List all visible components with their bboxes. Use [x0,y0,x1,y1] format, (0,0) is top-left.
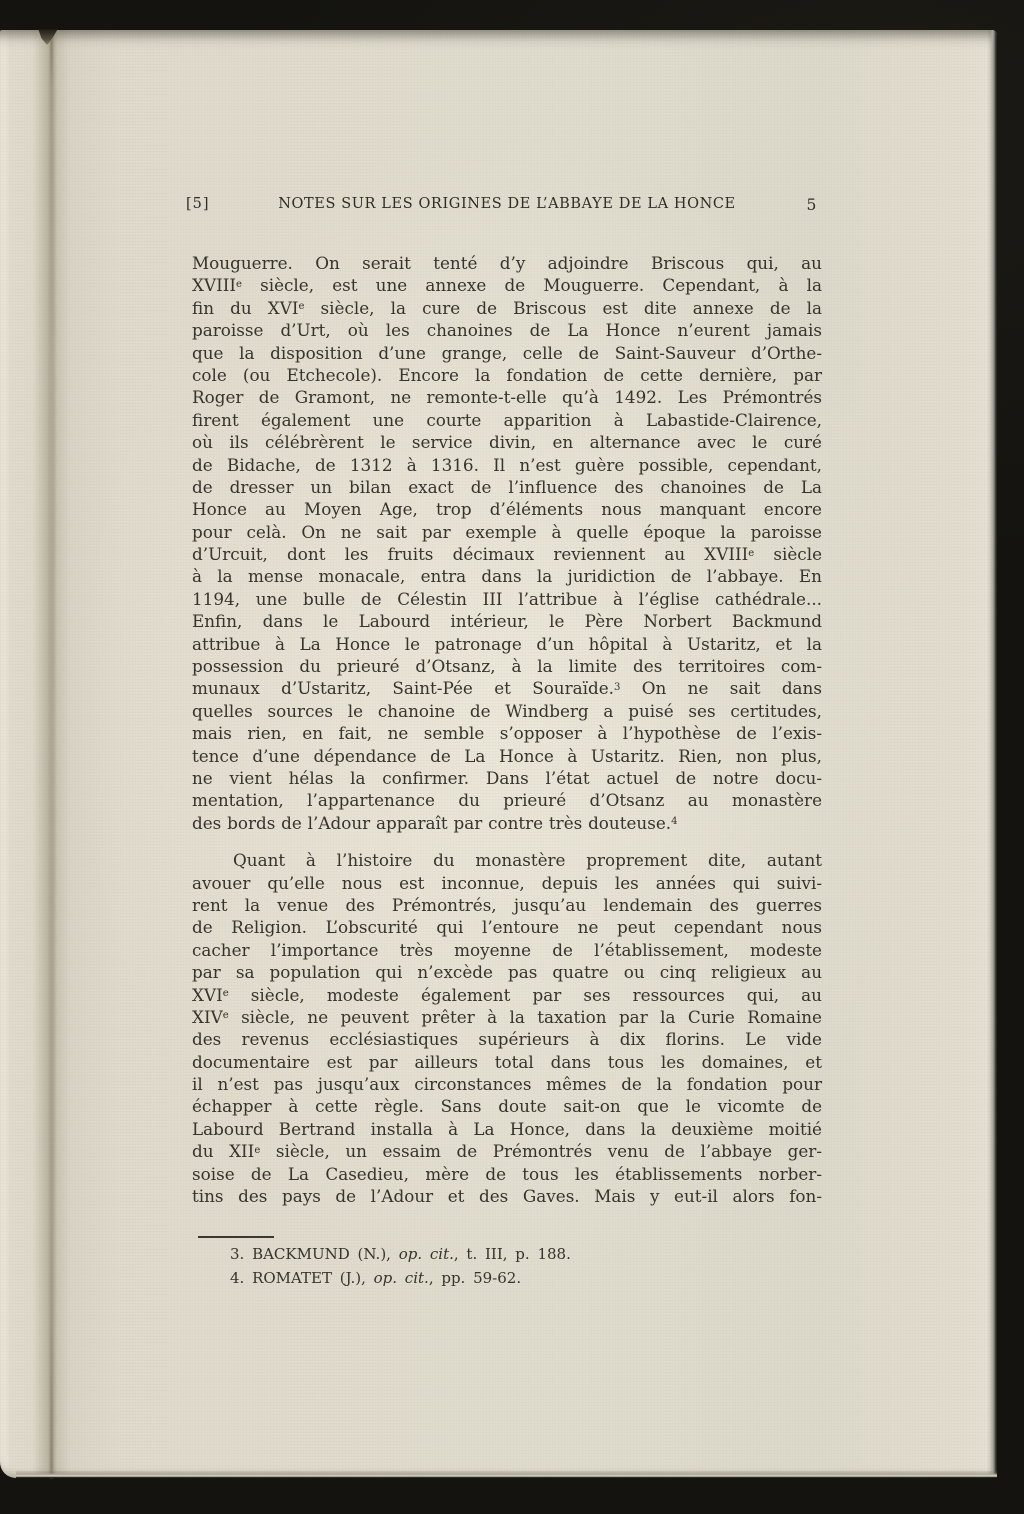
text-line: Roger de Gramont, ne remonte-t-elle qu’à… [192,386,822,408]
text-line: à la mense monacale, entra dans la jurid… [192,565,822,587]
header-title: NOTES SUR LES ORIGINES DE L’ABBAYE DE LA… [192,196,822,212]
text-line: par sa population qui n’excède pas quatr… [192,961,822,983]
text-line: XVIIIe siècle, est une annexe de Mouguer… [192,274,822,296]
text-line: documentaire est par ailleurs total dans… [192,1051,822,1073]
text-line: Mouguerre. On serait tenté d’y adjoindre… [192,252,822,274]
text-line: où ils célébrèrent le service divin, en … [192,431,822,453]
text-line: attribue à La Honce le patronage d’un hô… [192,633,822,655]
text-line: ne vient hélas la confirmer. Dans l’état… [192,767,822,789]
text-line: mais rien, en fait, ne semble s’opposer … [192,722,822,744]
body-text: Mouguerre. On serait tenté d’y adjoindre… [192,252,822,1207]
text-line: tence d’une dépendance de La Honce à Ust… [192,745,822,767]
paragraph: Quant à l’histoire du monastère propreme… [192,849,822,1207]
text-line: rent la venue des Prémontrés, jusqu’au l… [192,894,822,916]
footnote: 3. BACKMUND (N.), op. cit., t. III, p. 1… [192,1242,822,1266]
text-line: cacher l’importance très moyenne de l’ét… [192,939,822,961]
text-line: des bords de l’Adour apparaît par contre… [192,812,822,834]
running-header: [5] NOTES SUR LES ORIGINES DE L’ABBAYE D… [192,196,822,218]
binding-crease [50,30,53,1478]
text-line: tins des pays de l’Adour et des Gaves. M… [192,1185,822,1207]
text-line: Enfin, dans le Labourd intérieur, le Pèr… [192,610,822,632]
text-line: Quant à l’histoire du monastère propreme… [192,849,822,871]
text-line: paroisse d’Urt, où les chanoines de La H… [192,319,822,341]
text-line: firent également une courte apparition à… [192,409,822,431]
text-line: du XIIe siècle, un essaim de Prémontrés … [192,1140,822,1162]
text-line: de dresser un bilan exact de l’influence… [192,476,822,498]
text-line: des revenus ecclésiastiques supérieurs à… [192,1028,822,1050]
book-page: [5] NOTES SUR LES ORIGINES DE L’ABBAYE D… [0,30,997,1478]
page-bottom-edge [16,1470,997,1478]
text-line: XIVe siècle, ne peuvent prêter à la taxa… [192,1006,822,1028]
text-line: d’Urcuit, dont les fruits décimaux revie… [192,543,822,565]
footnote-separator [198,1236,274,1238]
text-line: possession du prieuré d’Otsanz, à la lim… [192,655,822,677]
text-line: Labourd Bertrand installa à La Honce, da… [192,1118,822,1140]
text-line: échapper à cette règle. Sans doute sait-… [192,1095,822,1117]
text-line: avouer qu’elle nous est inconnue, depuis… [192,872,822,894]
text-line: soise de La Casedieu, mère de tous les é… [192,1163,822,1185]
text-line: Honce au Moyen Age, trop d’éléments nous… [192,498,822,520]
footnotes: 3. BACKMUND (N.), op. cit., t. III, p. 1… [192,1242,822,1290]
text-line: fin du XVIe siècle, la cure de Briscous … [192,297,822,319]
text-line: il n’est pas jusqu’aux circonstances mêm… [192,1073,822,1095]
text-line: pour celà. On ne sait par exemple à quel… [192,521,822,543]
text-line: munaux d’Ustaritz, Saint-Pée et Souraïde… [192,677,822,699]
footnote: 4. ROMATET (J.), op. cit., pp. 59-62. [192,1266,822,1290]
page-right-edge [987,30,997,1478]
text-line: XVIe siècle, modeste également par ses r… [192,984,822,1006]
header-page-number: 5 [807,196,817,214]
text-line: 1194, une bulle de Célestin III l’attrib… [192,588,822,610]
paragraph: Mouguerre. On serait tenté d’y adjoindre… [192,252,822,834]
text-line: de Bidache, de 1312 à 1316. Il n’est guè… [192,454,822,476]
text-line: de Religion. L’obscurité qui l’entoure n… [192,916,822,938]
scanned-book-photo: [5] NOTES SUR LES ORIGINES DE L’ABBAYE D… [0,0,1024,1514]
text-line: cole (ou Etchecole). Encore la fondation… [192,364,822,386]
text-line: mentation, l’appartenance du prieuré d’O… [192,789,822,811]
text-line: quelles sources le chanoine de Windberg … [192,700,822,722]
text-line: que la disposition d’une grange, celle d… [192,342,822,364]
